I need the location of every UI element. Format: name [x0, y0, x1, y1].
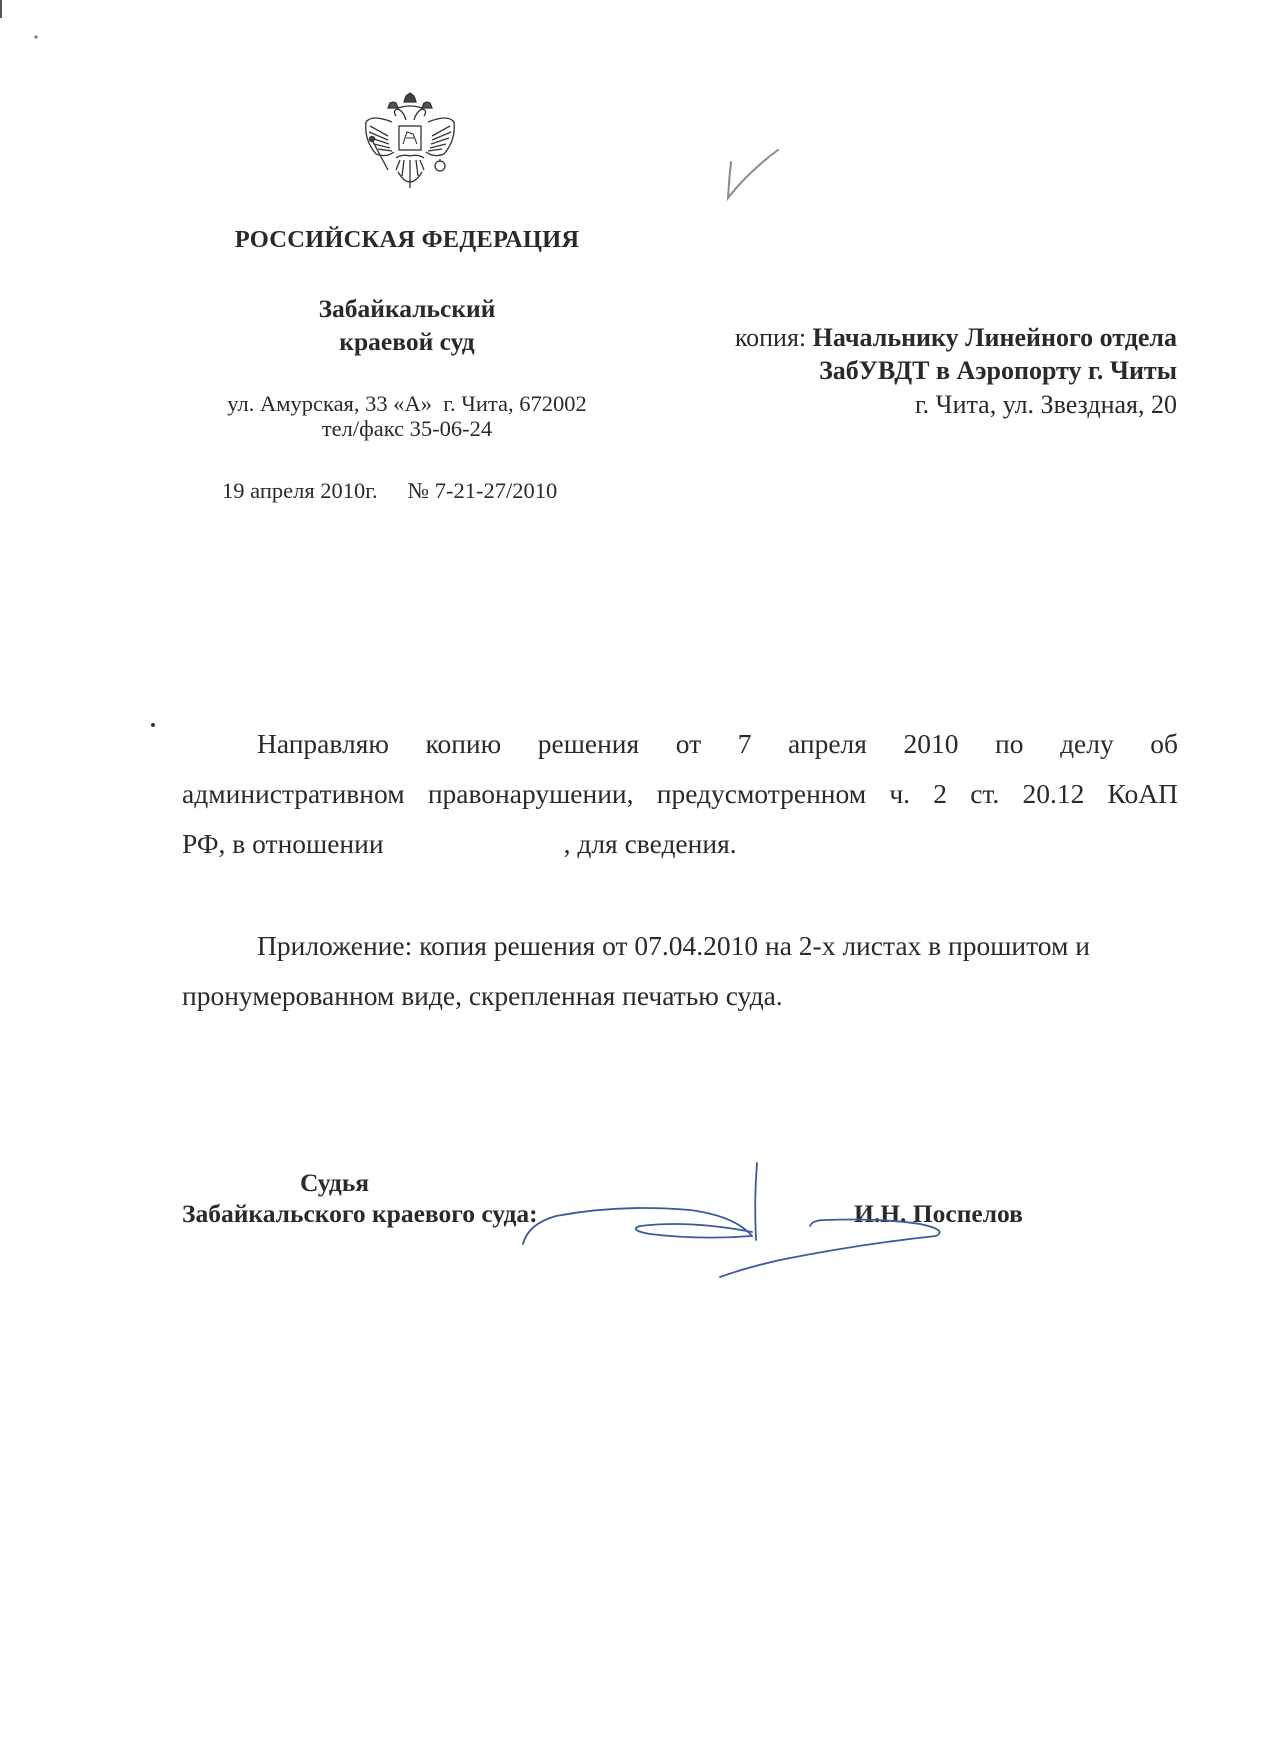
signature-icon [523, 1163, 940, 1277]
handwriting-overlay [0, 0, 1280, 1744]
scan-speck [151, 723, 155, 727]
scan-edge [0, 0, 2, 18]
checkmark-icon [728, 150, 778, 198]
scan-speck [34, 35, 37, 38]
